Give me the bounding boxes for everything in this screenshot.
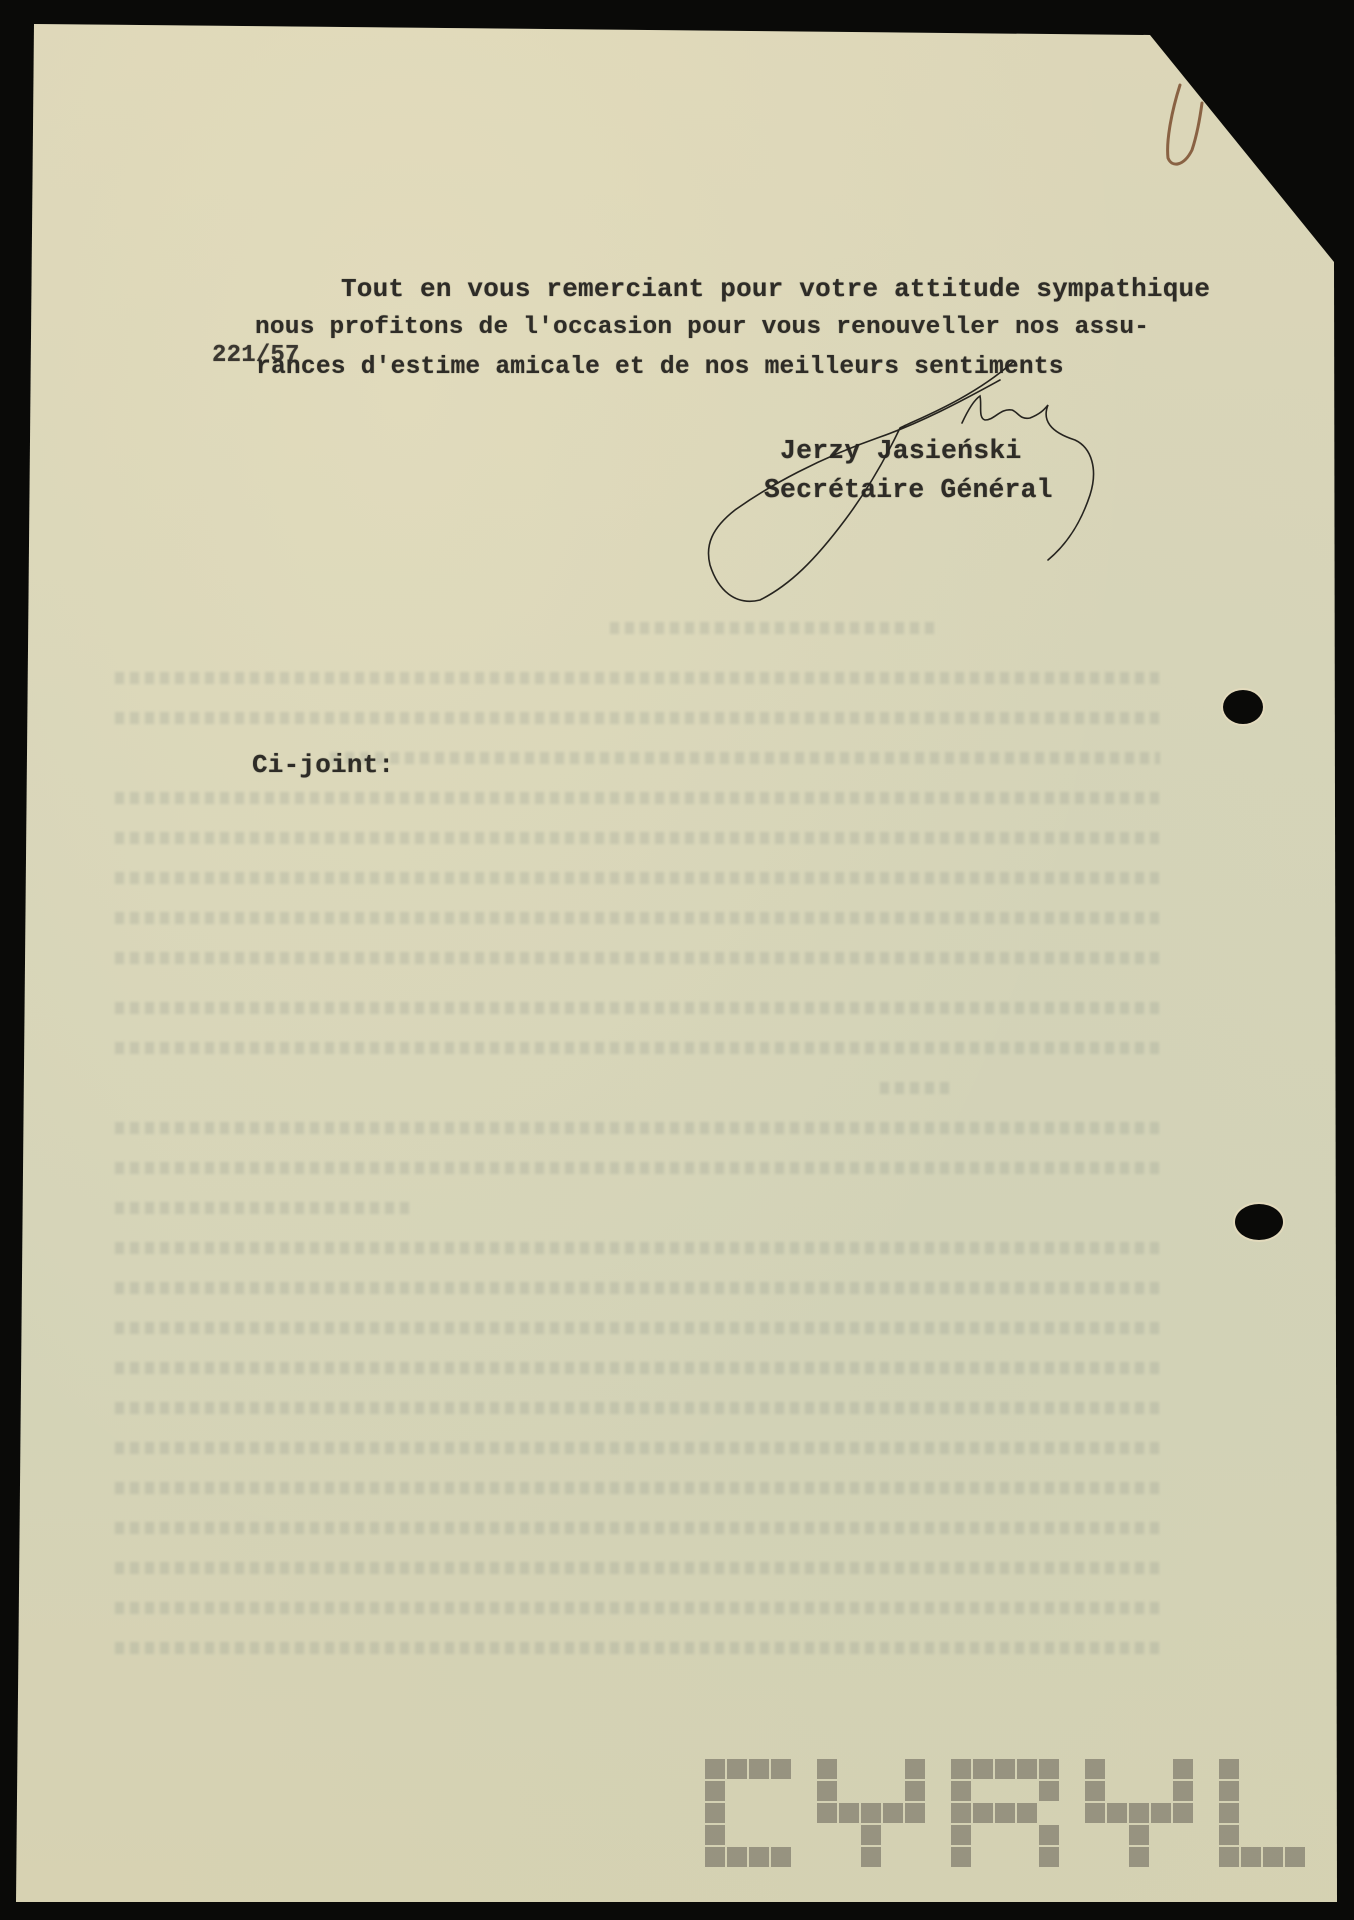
watermark-block [861,1825,881,1845]
watermark-block [1219,1759,1239,1779]
watermark-block [1285,1847,1305,1867]
watermark-block [1219,1781,1239,1801]
watermark-block [1017,1803,1037,1823]
watermark-block [861,1847,881,1867]
watermark-block [771,1759,791,1779]
watermark-block [1219,1825,1239,1845]
watermark-block [905,1759,925,1779]
watermark-block [705,1759,725,1779]
watermark-block [1219,1847,1239,1867]
enclosure-label: Ci-joint: [252,752,394,778]
watermark-block [705,1781,725,1801]
watermark-block [1129,1847,1149,1867]
watermark-block [749,1847,769,1867]
watermark-block [771,1847,791,1867]
watermark-block [995,1803,1015,1823]
watermark-block [951,1781,971,1801]
watermark-block [861,1803,881,1823]
watermark-block [1219,1803,1239,1823]
watermark-block [1107,1803,1127,1823]
watermark-block [951,1847,971,1867]
watermark-block [883,1803,903,1823]
watermark-block [1263,1847,1283,1867]
watermark-block [973,1759,993,1779]
watermark-block [951,1759,971,1779]
watermark-block [951,1803,971,1823]
watermark-block [749,1759,769,1779]
watermark-block [705,1825,725,1845]
watermark-block [817,1803,837,1823]
watermark-block [1129,1803,1149,1823]
signatory-name: Jerzy Jasieński [780,438,1022,465]
watermark-block [705,1803,725,1823]
watermark-block [705,1847,725,1867]
watermark-block [727,1759,747,1779]
punch-hole-bottom [1235,1204,1283,1240]
watermark-block [1151,1803,1171,1823]
watermark-block [951,1825,971,1845]
paragraph-line-1: Tout en vous remerciant pour votre attit… [341,276,1210,302]
watermark-block [1241,1847,1261,1867]
watermark-block [1039,1825,1059,1845]
watermark-block [727,1847,747,1867]
watermark-block [1085,1759,1105,1779]
paragraph-line-2: nous profitons de l'occasion pour vous r… [255,316,1149,341]
watermark-block [1039,1781,1059,1801]
watermark-block [817,1781,837,1801]
watermark-block [905,1781,925,1801]
watermark-block [817,1759,837,1779]
watermark-block [1085,1803,1105,1823]
paragraph-line-3: rances d'estime amicale et de nos meille… [256,356,1064,381]
punch-hole-top [1223,690,1263,724]
watermark-block [1039,1847,1059,1867]
watermark-block [1017,1759,1037,1779]
signatory-title: Secrétaire Général [764,477,1053,503]
watermark-block [839,1803,859,1823]
watermark-block [995,1759,1015,1779]
watermark-block [1039,1759,1059,1779]
watermark-block [905,1803,925,1823]
watermark-block [1173,1803,1193,1823]
watermark-block [1129,1825,1149,1845]
watermark-block [973,1803,993,1823]
watermark-block [1085,1781,1105,1801]
watermark-block [1173,1759,1193,1779]
watermark-block [1173,1781,1193,1801]
